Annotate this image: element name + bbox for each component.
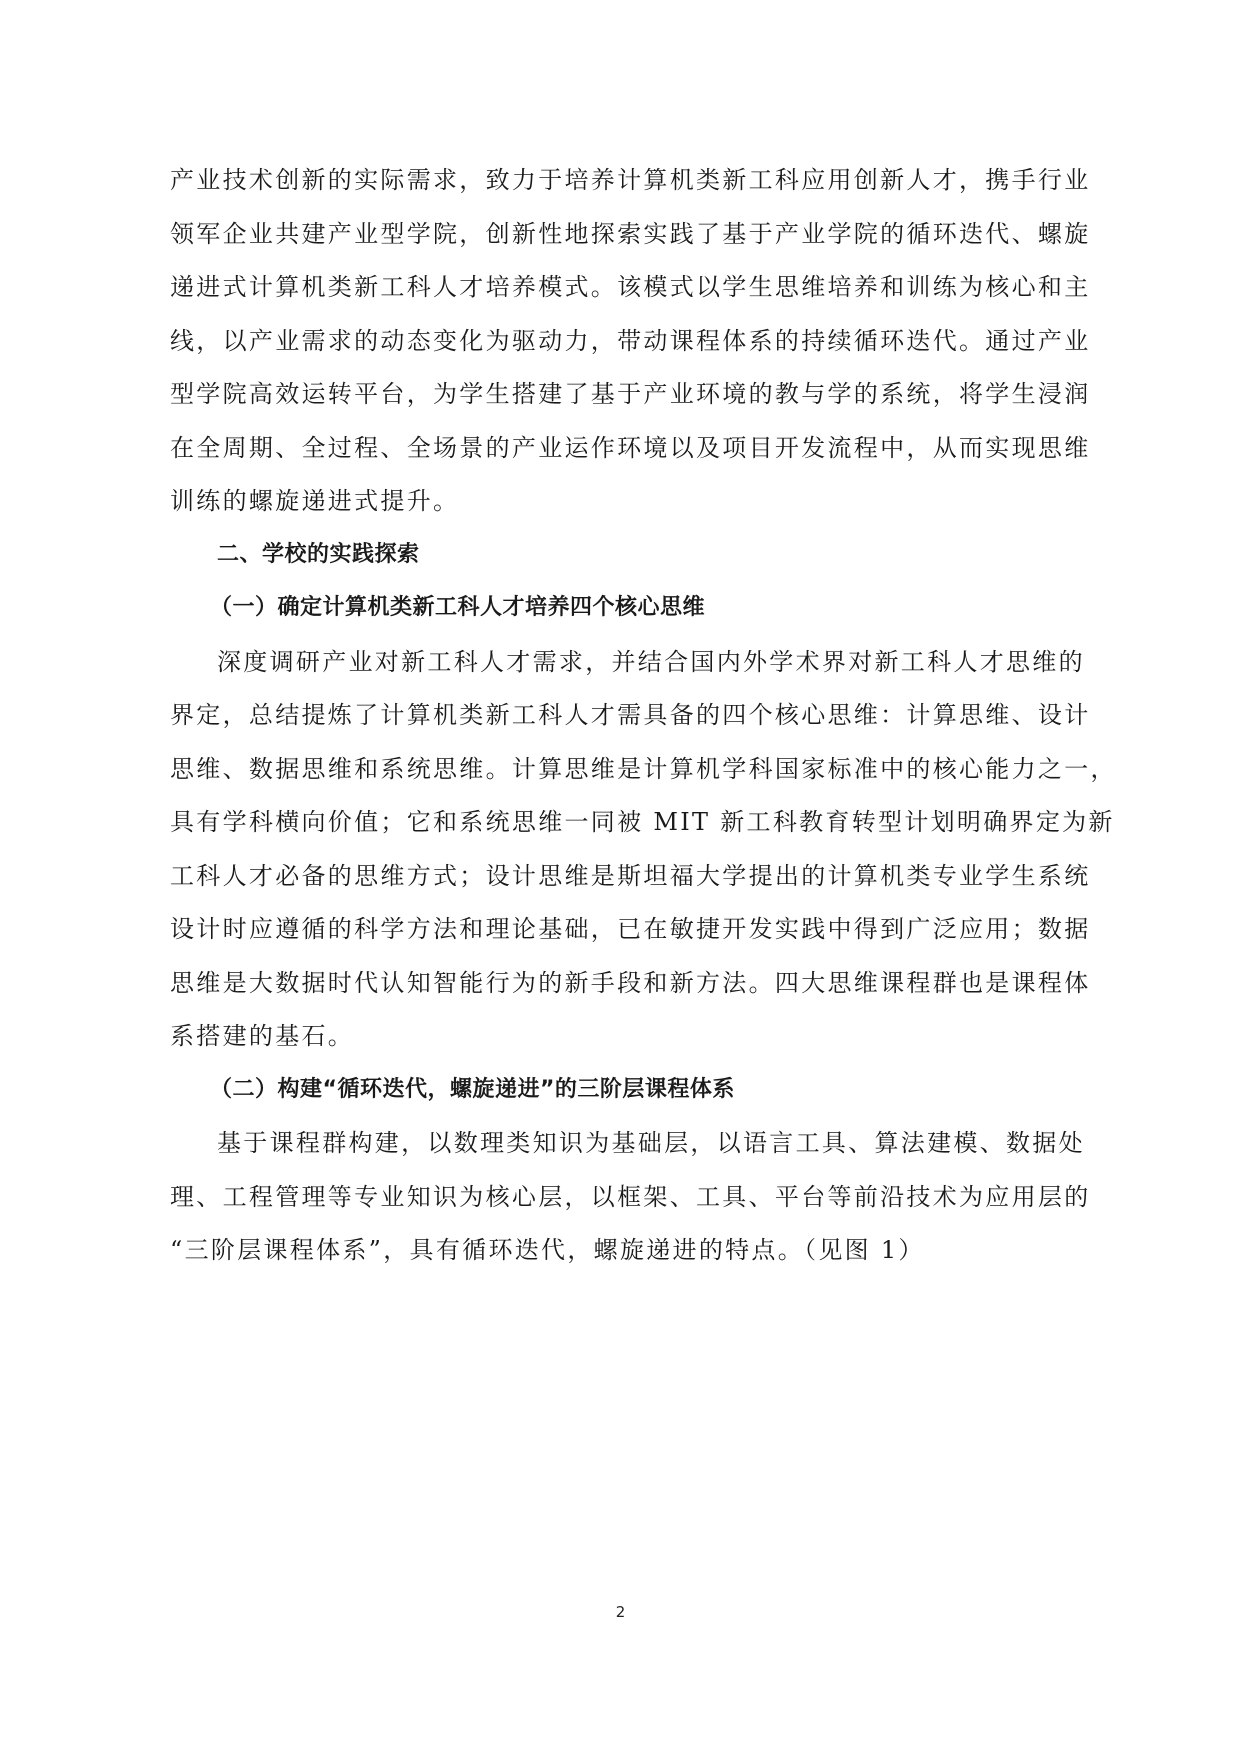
paragraph-line: 领军企业共建产业型学院，创新性地探索实践了基于产业学院的循环迭代、螺旋 (170, 214, 1054, 268)
document-page: 产业技术创新的实际需求，致力于培养计算机类新工科应用创新人才，携手行业 领军企业… (170, 160, 1054, 1284)
paragraph-line: 线，以产业需求的动态变化为驱动力，带动课程体系的持续循环迭代。通过产业 (170, 321, 1054, 375)
paragraph-line: 基于课程群构建，以数理类知识为基础层，以语言工具、算法建模、数据处 (170, 1123, 1054, 1177)
paragraph-line: 界定，总结提炼了计算机类新工科人才需具备的四个核心思维：计算思维、设计 (170, 695, 1054, 749)
subsection-1-paragraph: 深度调研产业对新工科人才需求，并结合国内外学术界对新工科人才思维的 界定，总结提… (170, 642, 1054, 1070)
paragraph-line: 型学院高效运转平台，为学生搭建了基于产业环境的教与学的系统，将学生浸润 (170, 374, 1054, 428)
subsection-heading-2: （二）构建“循环迭代，螺旋递进”的三阶层课程体系 (170, 1070, 1054, 1124)
section-heading: 二、学校的实践探索 (170, 535, 1054, 589)
subsection-heading-1: （一）确定计算机类新工科人才培养四个核心思维 (170, 588, 1054, 642)
subsection-2-paragraph: 基于课程群构建，以数理类知识为基础层，以语言工具、算法建模、数据处 理、工程管理… (170, 1123, 1054, 1284)
paragraph-line: 理、工程管理等专业知识为核心层，以框架、工具、平台等前沿技术为应用层的 (170, 1177, 1054, 1231)
paragraph-line: 产业技术创新的实际需求，致力于培养计算机类新工科应用创新人才，携手行业 (170, 160, 1054, 214)
paragraph-line: 工科人才必备的思维方式；设计思维是斯坦福大学提出的计算机类专业学生系统 (170, 856, 1054, 910)
paragraph-line: 深度调研产业对新工科人才需求，并结合国内外学术界对新工科人才思维的 (170, 642, 1054, 696)
paragraph-line: 在全周期、全过程、全场景的产业运作环境以及项目开发流程中，从而实现思维 (170, 428, 1054, 482)
paragraph-line: 思维、数据思维和系统思维。计算思维是计算机学科国家标准中的核心能力之一， (170, 749, 1054, 803)
page-number: 2 (0, 1603, 1241, 1621)
paragraph-line: 系搭建的基石。 (170, 1016, 1054, 1070)
paragraph-line: 设计时应遵循的科学方法和理论基础，已在敏捷开发实践中得到广泛应用；数据 (170, 909, 1054, 963)
paragraph-line: “三阶层课程体系”，具有循环迭代，螺旋递进的特点。（见图 1） (170, 1230, 1054, 1284)
paragraph-line: 训练的螺旋递进式提升。 (170, 481, 1054, 535)
paragraph-line: 具有学科横向价值；它和系统思维一同被 MIT 新工科教育转型计划明确界定为新 (170, 802, 1054, 856)
paragraph-line: 思维是大数据时代认知智能行为的新手段和新方法。四大思维课程群也是课程体 (170, 963, 1054, 1017)
intro-paragraph: 产业技术创新的实际需求，致力于培养计算机类新工科应用创新人才，携手行业 领军企业… (170, 160, 1054, 535)
paragraph-line: 递进式计算机类新工科人才培养模式。该模式以学生思维培养和训练为核心和主 (170, 267, 1054, 321)
